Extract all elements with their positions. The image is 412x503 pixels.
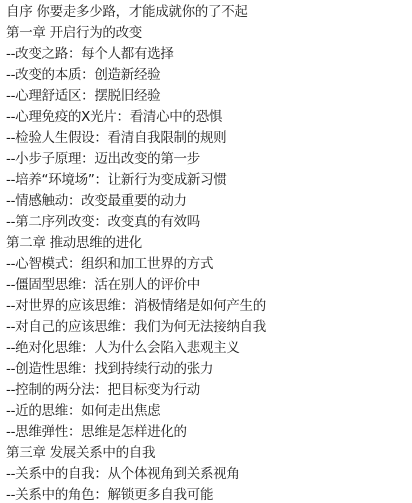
section-line: --小步子原理：迈出改变的第一步	[6, 149, 412, 170]
section-line: --情感触动：改变最重要的动力	[6, 191, 412, 212]
section-line: --培养“环境场”：让新行为变成新习惯	[6, 170, 412, 191]
section-line: --心理免疫的X光片：看清心中的恐惧	[6, 107, 412, 128]
section-line: --改变之路：每个人都有选择	[6, 44, 412, 65]
preface-line: 自序 你要走多少路，才能成就你的了不起	[6, 2, 412, 23]
section-line: --关系中的角色：解锁更多自我可能	[6, 485, 412, 503]
chapter-heading: 第一章 开启行为的改变	[6, 23, 412, 44]
section-line: --控制的两分法：把目标变为行动	[6, 380, 412, 401]
section-line: --第二序列改变：改变真的有效吗	[6, 212, 412, 233]
chapter-heading: 第三章 发展关系中的自我	[6, 443, 412, 464]
section-line: --关系中的自我：从个体视角到关系视角	[6, 464, 412, 485]
section-line: --检验人生假设：看清自我限制的规则	[6, 128, 412, 149]
section-line: --改变的本质：创造新经验	[6, 65, 412, 86]
section-line: --近的思维：如何走出焦虑	[6, 401, 412, 422]
table-of-contents: 自序 你要走多少路，才能成就你的了不起 第一章 开启行为的改变 --改变之路：每…	[0, 0, 412, 503]
section-line: --心智模式：组织和加工世界的方式	[6, 254, 412, 275]
section-line: --对世界的应该思维：消极情绪是如何产生的	[6, 296, 412, 317]
section-line: --僵固型思维：活在别人的评价中	[6, 275, 412, 296]
section-line: --绝对化思维：人为什么会陷入悲观主义	[6, 338, 412, 359]
chapter-heading: 第二章 推动思维的进化	[6, 233, 412, 254]
section-line: --创造性思维：找到持续行动的张力	[6, 359, 412, 380]
section-line: --心理舒适区：摆脱旧经验	[6, 86, 412, 107]
section-line: --思维弹性：思维是怎样进化的	[6, 422, 412, 443]
section-line: --对自己的应该思维：我们为何无法接纳自我	[6, 317, 412, 338]
